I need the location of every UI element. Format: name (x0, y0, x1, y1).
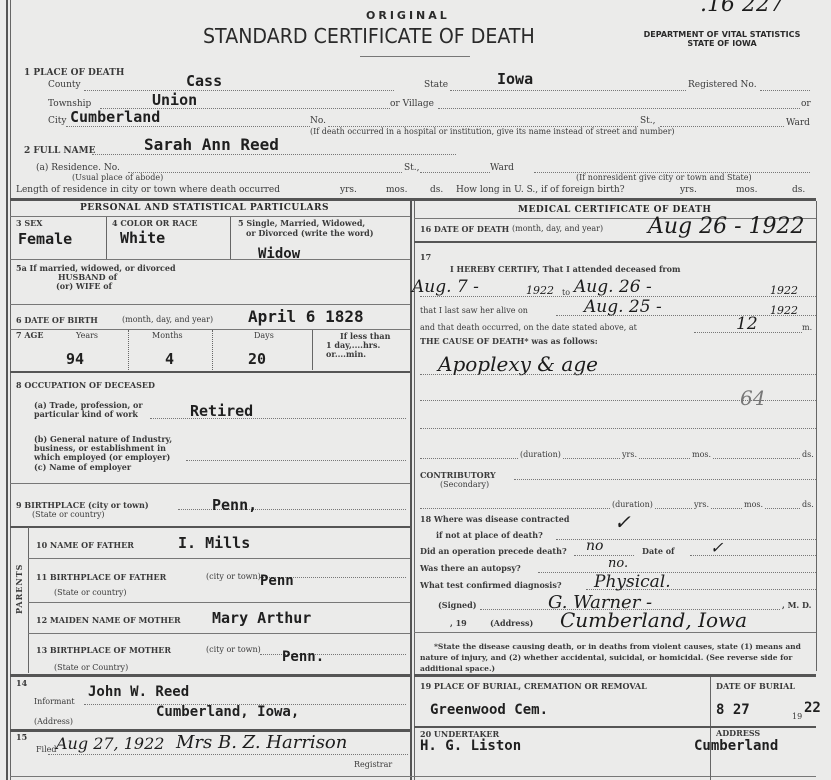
registered-no-label: Registered No. (688, 80, 757, 90)
full-name-value: Sarah Ann Reed (144, 135, 279, 154)
race-value: White (120, 229, 165, 247)
signed-label: (Signed) (438, 600, 476, 610)
cause-line-3 (420, 428, 816, 429)
attended-from-year: 1922 (526, 284, 554, 297)
marital-label-1: 5 Single, Married, Widowed, (238, 218, 365, 228)
dod-value: Aug 26 - 1922 (648, 214, 805, 239)
father-birthplace-value: Penn (260, 573, 294, 589)
burial-date-19: 19 (792, 712, 802, 721)
dob-rule (10, 329, 410, 330)
father-birthplace-sub1: (city or town) (206, 572, 261, 581)
dept-line-1: DEPARTMENT OF VITAL STATISTICS (632, 30, 812, 39)
section-divider (10, 198, 816, 201)
duration-yrs-2: yrs. (692, 500, 711, 509)
q18-check: ✓ (614, 510, 631, 534)
parents-divider (28, 527, 29, 673)
signed-rule (414, 632, 816, 633)
industry-line (186, 460, 406, 461)
parents-side-label: PARENTS (14, 596, 24, 614)
ward-label: Ward (786, 118, 810, 128)
registered-no-line (760, 90, 810, 91)
cause-value: Apoplexy & age (438, 352, 598, 376)
spouse-label-3: (or) WIFE of (56, 281, 112, 291)
or-village-label: or Village (390, 99, 434, 109)
personal-section-title: PERSONAL AND STATISTICAL PARTICULARS (80, 203, 329, 213)
dept-line-2: STATE OF IOWA (632, 39, 812, 48)
birthplace-sub: (State or country) (32, 510, 105, 519)
duration-line-1 (420, 458, 816, 459)
physician-address-label: (Address) (490, 618, 533, 628)
sex-value: Female (18, 230, 72, 248)
city-value: Cumberland (70, 108, 160, 126)
contributory-line (514, 479, 816, 480)
mother-birthplace-value: Penn. (282, 649, 324, 665)
state-value: Iowa (497, 70, 533, 88)
burial-date-value: 8 27 (716, 702, 750, 718)
foreign-birth-label: How long in U. S., if of foreign birth? (456, 185, 625, 195)
test-label: What test confirmed diagnosis? (420, 580, 562, 590)
age-years-value: 94 (66, 350, 84, 368)
days-label: Days (254, 331, 274, 340)
burial-date-label: DATE OF BURIAL (716, 681, 795, 691)
birthplace-label: 9 BIRTHPLACE (city or town) (16, 500, 149, 510)
q18-label-1: 18 Where was disease contracted (420, 514, 569, 524)
department-label: DEPARTMENT OF VITAL STATISTICS STATE OF … (632, 30, 812, 48)
occ-a-2: particular kind of work (34, 409, 138, 419)
last-saw-year: 1922 (770, 304, 798, 317)
sex-label: 3 SEX (16, 218, 42, 228)
length-yrs: yrs. (340, 185, 357, 195)
burial-date-year: 22 (804, 700, 821, 716)
age-label: 7 AGE (16, 330, 44, 340)
dob-label: 6 DATE OF BIRTH (16, 315, 98, 325)
county-value: Cass (186, 72, 222, 90)
dod-label: 16 DATE OF DEATH (420, 224, 509, 234)
father-birthplace-label: 11 BIRTHPLACE OF FATHER (36, 572, 166, 582)
residence-ward-label: Ward (490, 163, 514, 173)
cause-line-2 (420, 400, 816, 401)
filed-label: Filed (36, 745, 57, 754)
attended-to-year: 1922 (770, 284, 798, 297)
duration-ds-2: ds. (800, 500, 816, 509)
footnote: *State the disease causing death, or in … (420, 641, 812, 674)
dob-sub: (month, day, and year) (122, 315, 213, 324)
county-line (84, 90, 394, 91)
occupation-value: Retired (190, 402, 253, 420)
informant-address: Cumberland, Iowa, (156, 704, 299, 720)
informant-num: 14 (16, 678, 27, 688)
length-residence-label: Length of residence in city or town wher… (16, 185, 280, 195)
bottom-rule (10, 776, 816, 777)
corner-number: .16 227 (700, 0, 784, 17)
duration-label-1: (duration) (518, 450, 563, 459)
left-border-inner (10, 0, 11, 780)
burial-divider (710, 677, 711, 780)
dod-rule (414, 241, 816, 243)
full-name-line (92, 154, 456, 155)
birthplace-value: Penn, (212, 496, 257, 514)
autopsy-label: Was there an autopsy? (420, 563, 521, 573)
duration-mos-2: mos. (742, 500, 765, 509)
race-marital-divider (230, 217, 231, 259)
length-mos: mos. (386, 185, 407, 195)
num-17: 17 (420, 252, 431, 262)
mother-birthplace-label: 13 BIRTHPLACE OF MOTHER (36, 645, 171, 655)
city-label: City (48, 116, 66, 126)
title-underline (360, 56, 470, 57)
registrar-signature: Mrs B. Z. Harrison (176, 732, 347, 753)
age-divider-1 (128, 330, 129, 370)
foreign-yrs: yrs. (680, 185, 697, 195)
duration-label-2: (duration) (610, 500, 655, 509)
certificate-title: STANDARD CERTIFICATE OF DEATH (203, 24, 535, 48)
hospital-note: (If death occurred in a hospital or inst… (310, 127, 675, 136)
filed-date: Aug 27, 1922 (56, 734, 164, 753)
margin-note: 64 (740, 386, 765, 410)
state-label: State (424, 80, 448, 90)
attended-from-date: Aug. 7 - (412, 277, 479, 297)
to-label: to (562, 288, 570, 297)
sex-row-rule (10, 259, 410, 260)
informant-label: Informant (34, 697, 75, 706)
father-birthplace-sub2: (State or country) (54, 588, 127, 597)
occupation-line (150, 418, 406, 419)
registrar-label: Registrar (354, 760, 392, 769)
operation-label: Did an operation precede death? (420, 546, 567, 556)
attended-to-date: Aug. 26 - (574, 277, 652, 297)
undertaker-value: H. G. Liston (420, 738, 521, 754)
filed-line (48, 754, 408, 755)
death-time-value: 12 (736, 314, 758, 334)
filed-num: 15 (16, 732, 27, 742)
mother-value: Mary Arthur (212, 609, 311, 627)
medical-rule (414, 674, 816, 677)
nonresident-note: (If nonresident give city or town and St… (576, 173, 752, 182)
physician-address: Cumberland, Iowa (560, 608, 747, 632)
race-label: 4 COLOR OR RACE (112, 218, 197, 228)
duration-ds-1: ds. (800, 450, 816, 459)
age-rule (10, 371, 410, 373)
or-label: or (801, 99, 811, 109)
abode-note: (Usual place of abode) (72, 173, 163, 182)
length-ds: ds. (430, 185, 443, 195)
personal-title-rule (10, 216, 410, 217)
undertaker-address: Cumberland (694, 738, 778, 754)
autopsy-line (538, 572, 816, 573)
dod-sub: (month, day, and year) (512, 224, 603, 233)
certify-text: I HEREBY CERTIFY, That I attended deceas… (450, 264, 680, 274)
residence-line (128, 172, 402, 173)
death-time-label: and that death occurred, on the date sta… (420, 323, 637, 332)
township-value: Union (152, 91, 197, 109)
nineteen-label: , 19 (450, 618, 467, 628)
full-name-label: 2 FULL NAME (24, 146, 95, 156)
state-line (450, 90, 686, 91)
father-rule (28, 558, 410, 559)
operation-value: no (586, 538, 603, 554)
less-than-3: or....min. (326, 349, 366, 359)
burial-place-label: 19 PLACE OF BURIAL, CREMATION OR REMOVAL (420, 681, 647, 691)
street-no-label: No. (310, 116, 326, 126)
age-months-value: 4 (165, 350, 174, 368)
autopsy-value: no. (608, 556, 628, 571)
parents-rule (10, 674, 410, 677)
father-bp-rule (28, 602, 410, 603)
father-label: 10 NAME OF FATHER (36, 540, 134, 550)
original-label: ORIGINAL (366, 9, 450, 22)
occ-b-3: which employed (or employer) (34, 452, 170, 462)
test-value: Physical. (594, 572, 671, 592)
contributory-sub: (Secondary) (440, 480, 489, 489)
st-label: St., (640, 116, 656, 126)
duration-yrs-1: yrs. (620, 450, 639, 459)
age-days-value: 20 (248, 350, 266, 368)
father-value: I. Mills (178, 534, 250, 552)
place-of-death-label: 1 PLACE OF DEATH (24, 68, 124, 78)
death-certificate: .16 227 ORIGINAL STANDARD CERTIFICATE OF… (0, 0, 831, 780)
st-line (660, 126, 784, 127)
contributory-label: CONTRIBUTORY (420, 470, 496, 480)
date-of-line (690, 555, 816, 556)
residence-st-line (420, 172, 490, 173)
mother-birthplace-sub1: (city or town) (206, 645, 261, 654)
dob-value: April 6 1828 (248, 307, 364, 326)
mother-label: 12 MAIDEN NAME OF MOTHER (36, 615, 181, 625)
city-line (66, 126, 310, 127)
undertaker-address-label: ADDRESS (716, 728, 760, 738)
right-border (816, 201, 817, 671)
age-divider-3 (312, 330, 313, 370)
last-saw-date: Aug. 25 - (584, 297, 662, 317)
cause-label: THE CAUSE OF DEATH* was as follows: (420, 336, 598, 346)
occ-c: (c) Name of employer (34, 462, 131, 472)
md-label: , M. D. (782, 600, 811, 610)
m-label: m. (802, 323, 812, 332)
date-of-check: ✓ (710, 538, 723, 557)
county-label: County (48, 80, 81, 90)
years-label: Years (76, 331, 98, 340)
last-saw-label: that I last saw her alive on (420, 306, 528, 315)
duration-mos-1: mos. (690, 450, 713, 459)
q18-label-2: if not at place of death? (436, 530, 543, 540)
burial-place-value: Greenwood Cem. (430, 702, 548, 718)
occupation-rule (10, 483, 410, 484)
occupation-label: 8 OCCUPATION OF DECEASED (16, 380, 155, 390)
spouse-rule (10, 304, 410, 305)
months-label: Months (152, 331, 183, 340)
mother-rule (28, 633, 410, 634)
informant-name: John W. Reed (88, 684, 189, 700)
mother-birthplace-sub2: (State or Country) (54, 663, 128, 672)
residence-st-label: St., (404, 163, 420, 173)
informant-address-label: (Address) (34, 717, 73, 726)
date-of-label: Date of (642, 546, 674, 556)
marital-label-2: or Divorced (write the word) (246, 228, 374, 238)
sex-race-divider (106, 217, 107, 259)
birthplace-rule (10, 526, 410, 528)
foreign-ds: ds. (792, 185, 805, 195)
cause-line-1 (420, 374, 816, 375)
residence-label: (a) Residence. No. (36, 163, 120, 173)
village-line (438, 108, 800, 109)
foreign-mos: mos. (736, 185, 757, 195)
age-divider-2 (212, 330, 213, 370)
left-border (6, 0, 8, 780)
